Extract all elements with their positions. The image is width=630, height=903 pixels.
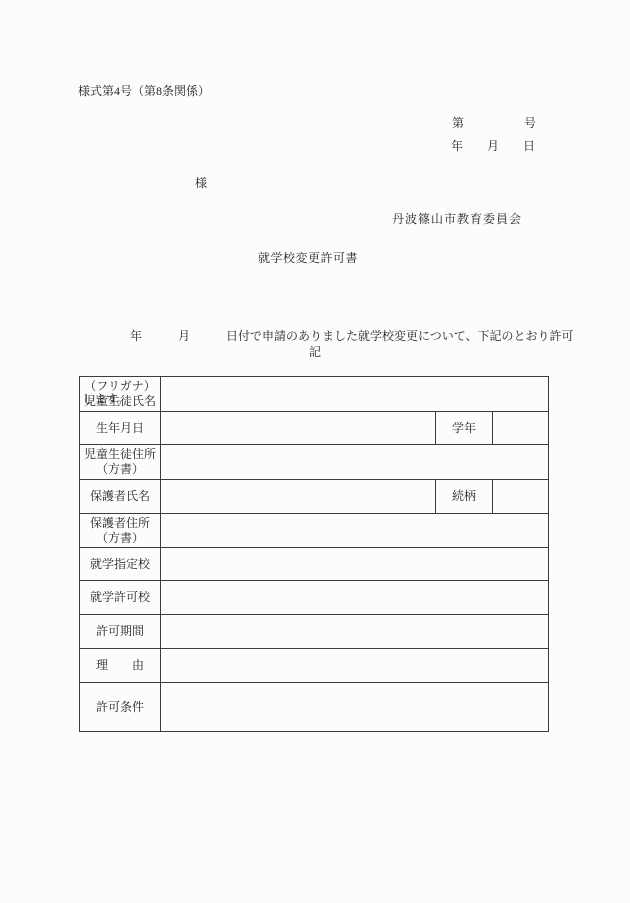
field-student-address <box>161 445 549 480</box>
table-row-birthdate: 生年月日 学年 <box>80 412 549 445</box>
table-row-guardian-address: 保護者住所 （方書） <box>80 514 549 548</box>
label-student-address: 児童生徒住所 （方書） <box>80 445 161 480</box>
table-row-permission-conditions: 許可条件 <box>80 683 549 732</box>
field-relationship <box>493 480 549 514</box>
label-guardian-name: 保護者氏名 <box>80 480 161 514</box>
issuer-name: 丹波篠山市教育委員会 <box>392 210 522 227</box>
label-student-name: （フリガナ） 児童生徒氏名 <box>80 377 161 412</box>
field-student-name <box>161 377 549 412</box>
table-row-permitted-school: 就学許可校 <box>80 581 549 615</box>
label-permission-period: 許可期間 <box>80 615 161 649</box>
issue-date-line: 年 月 日 <box>451 137 535 154</box>
label-reason: 理 由 <box>80 649 161 683</box>
field-designated-school <box>161 548 549 581</box>
label-guardian-address: 保護者住所 （方書） <box>80 514 161 548</box>
field-permission-conditions <box>161 683 549 732</box>
addressee-suffix: 様 <box>195 174 207 191</box>
label-grade: 学年 <box>436 412 493 445</box>
form-number: 様式第4号（第8条関係） <box>78 82 210 99</box>
field-birthdate <box>161 412 436 445</box>
field-permission-period <box>161 615 549 649</box>
list-marker: 記 <box>0 343 630 360</box>
label-permission-conditions: 許可条件 <box>80 683 161 732</box>
field-guardian-address <box>161 514 549 548</box>
table-row-permission-period: 許可期間 <box>80 615 549 649</box>
document-title: 就学校変更許可書 <box>0 249 616 266</box>
field-permitted-school <box>161 581 549 615</box>
table-row-student-name: （フリガナ） 児童生徒氏名 <box>80 377 549 412</box>
table-row-reason: 理 由 <box>80 649 549 683</box>
field-grade <box>493 412 549 445</box>
label-birthdate: 生年月日 <box>80 412 161 445</box>
field-guardian-name <box>161 480 436 514</box>
document-page: 様式第4号（第8条関係） 第 号 年 月 日 様 丹波篠山市教育委員会 就学校変… <box>0 0 630 903</box>
permission-details-table: （フリガナ） 児童生徒氏名 生年月日 学年 児童生徒住所 （方書） 保護者氏名 <box>79 376 549 732</box>
table-row-designated-school: 就学指定校 <box>80 548 549 581</box>
field-reason <box>161 649 549 683</box>
label-permitted-school: 就学許可校 <box>80 581 161 615</box>
label-designated-school: 就学指定校 <box>80 548 161 581</box>
label-relationship: 続柄 <box>436 480 493 514</box>
table-row-guardian-name: 保護者氏名 続柄 <box>80 480 549 514</box>
table-row-student-address: 児童生徒住所 （方書） <box>80 445 549 480</box>
document-number-line: 第 号 <box>452 114 536 131</box>
